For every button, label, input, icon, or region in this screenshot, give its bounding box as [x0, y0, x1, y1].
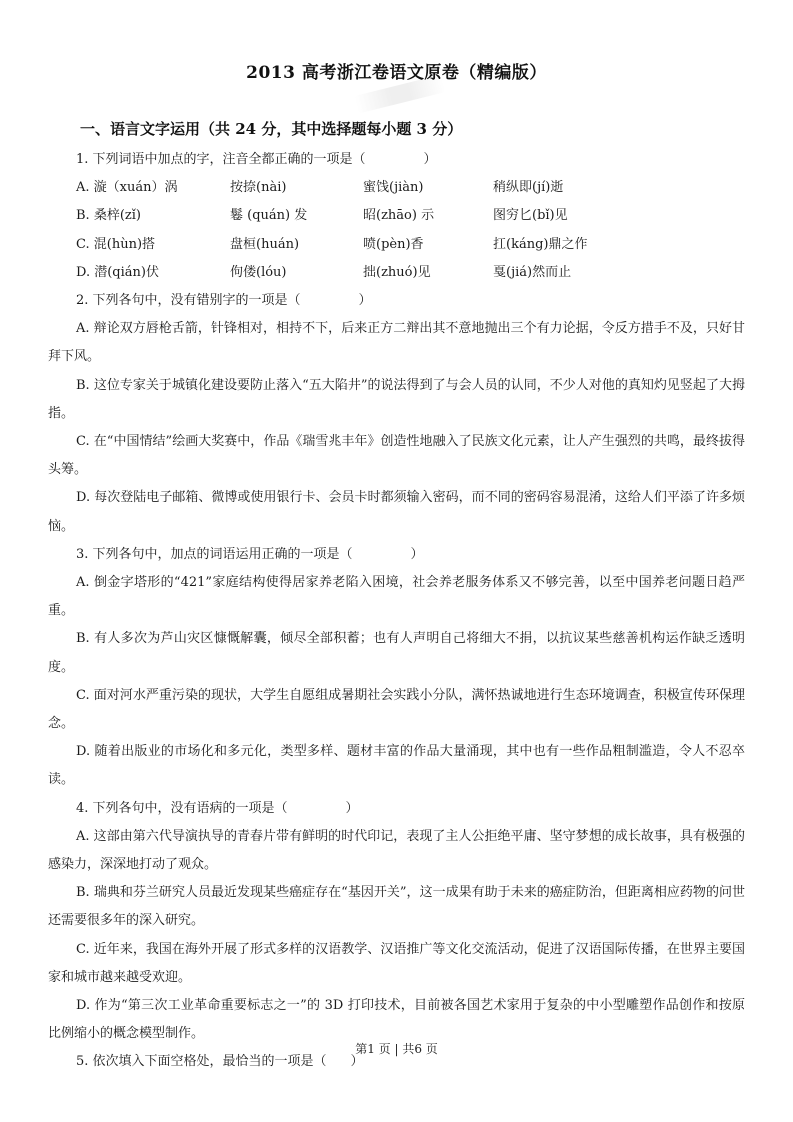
question-2-option-c: C. 在“中国情结”绘画大奖赛中，作品《瑞雪兆丰年》创造性地融入了民族文化元素，…	[48, 428, 745, 484]
document-title: 2013 高考浙江卷语文原卷（精编版）	[0, 58, 793, 83]
question-1-option-a: A. 漩（xuán）涡 按捺(nài) 蜜饯(jiàn) 稍纵即(jí)逝	[48, 174, 745, 202]
question-3-option-c: C. 面对河水严重污染的现状，大学生自愿组成暑期社会实践小分队，满怀热诚地进行生…	[48, 682, 745, 738]
document-body: 1. 下列词语中加点的字，注音全都正确的一项是（） A. 漩（xuán）涡 按捺…	[48, 146, 745, 1077]
question-4-option-b: B. 瑞典和芬兰研究人员最近发现某些癌症存在“基因开关”，这一成果有助于未来的癌…	[48, 879, 745, 935]
question-3-option-a: A. 倒金字塔形的“421”家庭结构使得居家养老陷入困境，社会养老服务体系又不够…	[48, 569, 745, 625]
question-1-option-b: B. 桑梓(zǐ) 鬈 (quán) 发 昭(zhāo) 示 图穷匕(bǐ)见	[48, 202, 745, 230]
question-2-option-d: D. 每次登陆电子邮箱、微博或使用银行卡、会员卡时都须输入密码，而不同的密码容易…	[48, 484, 745, 540]
question-2-option-b: B. 这位专家关于城镇化建设要防止落入“五大陷井”的说法得到了与会人员的认同，不…	[48, 372, 745, 428]
document-page: 2013 高考浙江卷语文原卷（精编版） 一、语言文字运用（共 24 分，其中选择…	[0, 0, 793, 1122]
question-2-option-a: A. 辩论双方唇枪舌箭，针锋相对，相持不下，后来正方二辩出其不意地抛出三个有力论…	[48, 315, 745, 371]
question-4-option-a: A. 这部由第六代导演执导的青春片带有鲜明的时代印记，表现了主人公拒绝平庸、坚守…	[48, 823, 745, 879]
page-footer: 第1 页 | 共6 页	[0, 1040, 793, 1057]
question-4-stem: 4. 下列各句中，没有语病的一项是（）	[48, 795, 745, 823]
question-1-option-d: D. 潜(qián)伏 佝偻(lóu) 拙(zhuó)见 戛(jiá)然而止	[48, 259, 745, 287]
section-heading: 一、语言文字运用（共 24 分，其中选择题每小题 3 分）	[80, 118, 462, 139]
question-3-stem: 3. 下列各句中，加点的词语运用正确的一项是（）	[48, 541, 745, 569]
question-4-option-c: C. 近年来，我国在海外开展了形式多样的汉语教学、汉语推广等文化交流活动，促进了…	[48, 936, 745, 992]
question-3-option-b: B. 有人多次为芦山灾区慷慨解囊，倾尽全部积蓄；也有人声明自己将细大不捐，以抗议…	[48, 625, 745, 681]
question-3-option-d: D. 随着出版业的市场化和多元化，类型多样、题材丰富的作品大量涌现，其中也有一些…	[48, 738, 745, 794]
question-2-stem: 2. 下列各句中，没有错别字的一项是（）	[48, 287, 745, 315]
question-1-stem: 1. 下列词语中加点的字，注音全都正确的一项是（）	[48, 146, 745, 174]
question-1-option-c: C. 混(hùn)搭 盘桓(huán) 喷(pèn)香 扛(káng)鼎之作	[48, 231, 745, 259]
